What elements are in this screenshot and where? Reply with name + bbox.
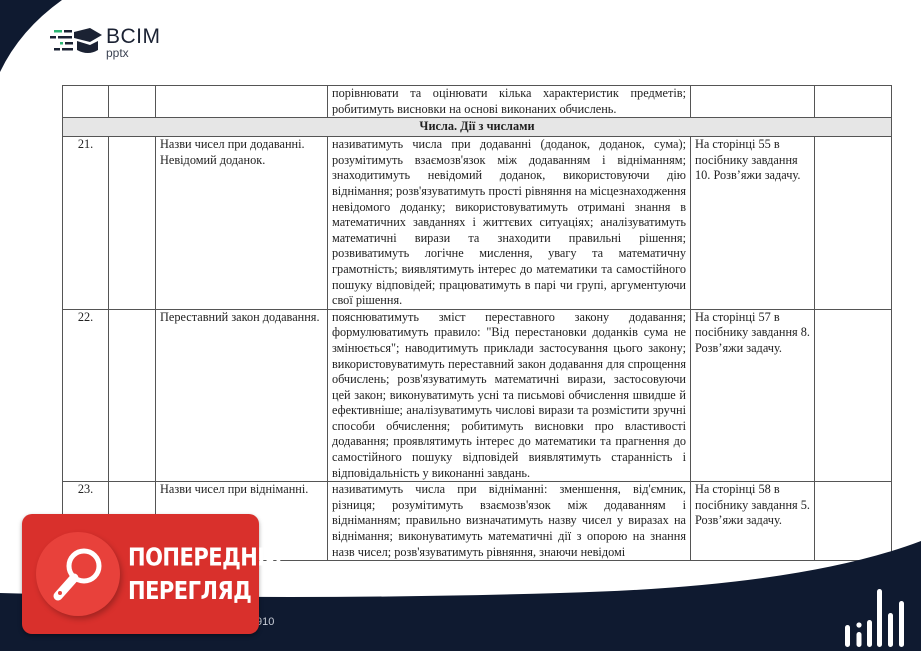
preview-badge[interactable]: ПОПЕРЕДНІЙ ПЕРЕГЛЯД (22, 514, 259, 634)
lesson-plan-table: порівнювати та оцінювати кілька характер… (62, 85, 892, 561)
bars-icon (843, 587, 915, 649)
lesson-outcomes: пояснюватимуть зміст переставного закону… (328, 309, 691, 482)
lesson-topic: Переставний закон додавання. (156, 309, 328, 482)
preview-label-line1: ПОПЕРЕДНІЙ (128, 540, 282, 574)
lesson-hours (109, 137, 156, 310)
lesson-task (691, 86, 815, 118)
preview-label-line2: ПЕРЕГЛЯД (128, 574, 282, 608)
table-row: 21. Назви чисел при додаванні. Невідомий… (63, 137, 892, 310)
lesson-task: На сторінці 55 в посібнику завдання 10. … (691, 137, 815, 310)
lesson-notes (815, 86, 892, 118)
lesson-outcomes: називатимуть числа при додаванні (додано… (328, 137, 691, 310)
section-header-row: Числа. Дії з числами (63, 118, 892, 137)
graduation-cap-icon (48, 24, 104, 60)
lesson-number: 21. (63, 137, 109, 310)
lesson-hours (109, 86, 156, 118)
brand-title: BCIM (106, 26, 161, 47)
section-title: Числа. Дії з числами (63, 118, 892, 137)
brand-logo: BCIM pptx (48, 24, 161, 60)
table-row: порівнювати та оцінювати кілька характер… (63, 86, 892, 118)
lesson-hours (109, 309, 156, 482)
lesson-topic (156, 86, 328, 118)
lesson-task: На сторінці 57 в посібнику завдання 8. Р… (691, 309, 815, 482)
lesson-number: 22. (63, 309, 109, 482)
lesson-notes (815, 137, 892, 310)
table-row: 22. Переставний закон додавання. пояснюв… (63, 309, 892, 482)
lesson-topic: Назви чисел при додаванні. Невідомий дод… (156, 137, 328, 310)
lesson-number (63, 86, 109, 118)
brand-subtitle: pptx (106, 47, 161, 59)
lesson-outcomes: порівнювати та оцінювати кілька характер… (328, 86, 691, 118)
magnifier-icon (36, 532, 120, 616)
lesson-notes (815, 309, 892, 482)
